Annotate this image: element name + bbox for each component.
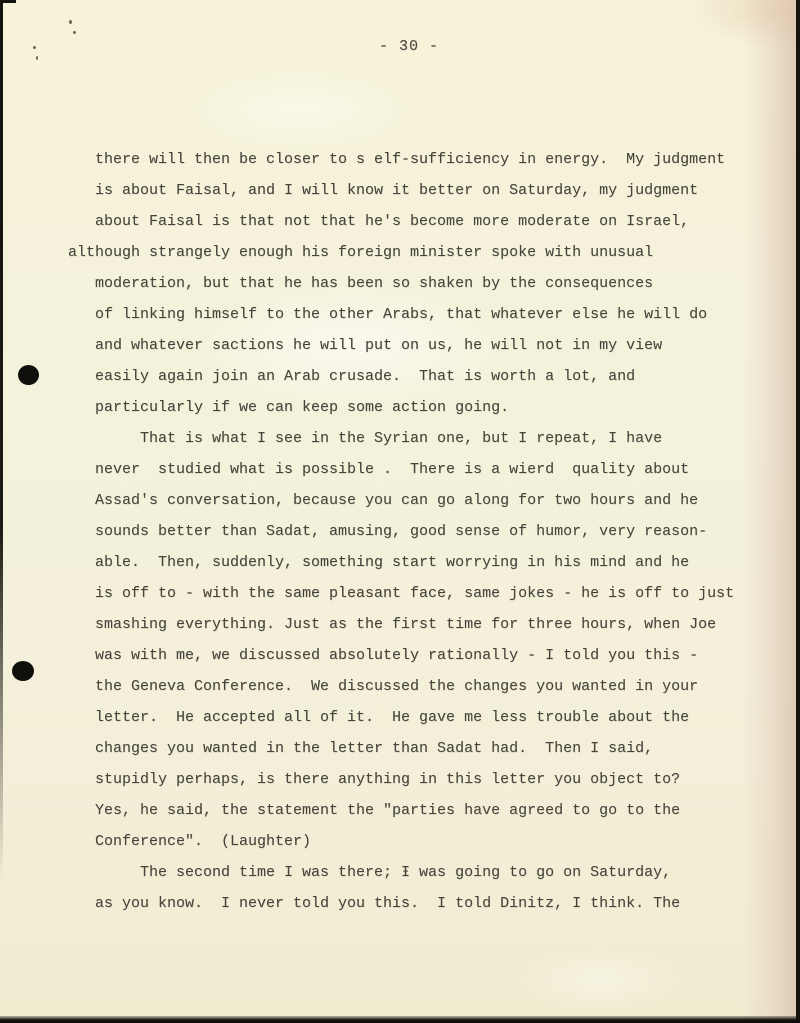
text-line: was with me, we discussed absolutely rat… — [68, 640, 734, 671]
text-line: sounds better than Sadat, amusing, good … — [68, 516, 734, 547]
text-line: there will then be closer to s elf-suffi… — [68, 144, 734, 175]
text-line: easily again join an Arab crusade. That … — [68, 361, 734, 392]
text-line: moderation, but that he has been so shak… — [68, 268, 734, 299]
hole-punch-dot — [12, 661, 34, 681]
page-number: - 30 - — [9, 38, 800, 55]
text-line: changes you wanted in the letter than Sa… — [68, 733, 734, 764]
text-line: Conference". (Laughter) — [68, 826, 734, 857]
text-line: and whatever sactions he will put on us,… — [68, 330, 734, 361]
typewritten-text-block: there will then be closer to s elf-suffi… — [68, 144, 734, 919]
ink-speck — [69, 20, 72, 24]
text-line: Assad's conversation, because you can go… — [68, 485, 734, 516]
hole-punch-dot — [18, 365, 39, 385]
text-line: is about Faisal, and I will know it bett… — [68, 175, 734, 206]
scan-edge-bottom — [0, 1016, 800, 1023]
text-line: the Geneva Conference. We discussed the … — [68, 671, 734, 702]
text-line: never studied what is possible . There i… — [68, 454, 734, 485]
text-line: smashing everything. Just as the first t… — [68, 609, 734, 640]
text-line: about Faisal is that not that he's becom… — [68, 206, 734, 237]
scan-edge-left — [0, 0, 3, 880]
text-line: able. Then, suddenly, something start wo… — [68, 547, 734, 578]
text-line: Yes, he said, the statement the "parties… — [68, 795, 734, 826]
text-line: although strangely enough his foreign mi… — [68, 237, 734, 268]
text-line: letter. He accepted all of it. He gave m… — [68, 702, 734, 733]
ink-speck — [36, 56, 38, 60]
text-line: The second time I was there; Ɨ was going… — [68, 857, 734, 888]
text-line: That is what I see in the Syrian one, bu… — [68, 423, 734, 454]
text-line: stupidly perhaps, is there anything in t… — [68, 764, 734, 795]
scan-edge-top-left — [0, 0, 16, 3]
text-line: of linking himself to the other Arabs, t… — [68, 299, 734, 330]
scan-edge-right — [796, 0, 800, 1023]
text-line: is off to - with the same pleasant face,… — [68, 578, 734, 609]
text-line: particularly if we can keep some action … — [68, 392, 734, 423]
ink-speck — [73, 31, 76, 34]
scanned-document-page: - 30 - there will then be closer to s el… — [0, 0, 800, 1023]
ink-speck — [33, 46, 36, 49]
text-line: as you know. I never told you this. I to… — [68, 888, 734, 919]
